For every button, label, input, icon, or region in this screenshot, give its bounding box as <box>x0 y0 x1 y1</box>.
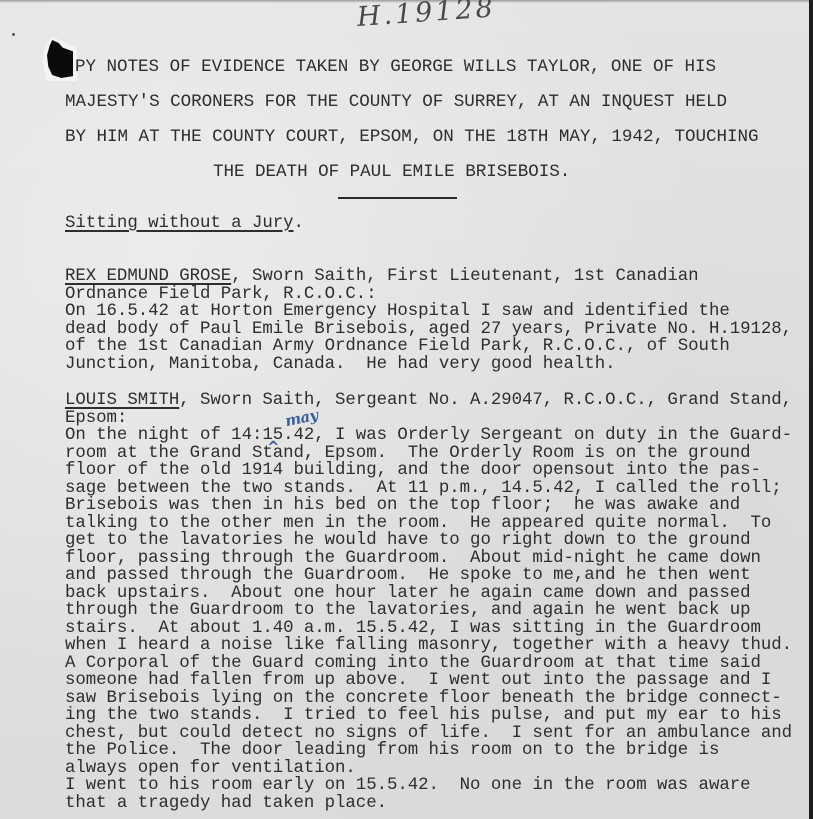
testimony-line: get to the lavatories he would have to g… <box>65 532 750 550</box>
heading-separator-rule <box>338 197 457 199</box>
testimony-line: ing the two stands. I tried to feel his … <box>65 707 782 725</box>
testimony-line: that a tragedy had taken place. <box>65 795 387 813</box>
testimony-line: Junction, Manitoba, Canada. He had very … <box>65 356 615 374</box>
testimony-line: through the Guardroom to the lavatories,… <box>65 602 750 620</box>
testimony-line: floor of the old 1914 building, and the … <box>65 462 761 480</box>
testimony-line: the Police. The door leading from his ro… <box>65 742 719 760</box>
testimony-line: Brisebois was then in his bed on the top… <box>65 497 740 515</box>
witness-intro-rest: , Sworn Saith, Sergeant No. A.29047, R.C… <box>179 391 792 410</box>
sitting-note: Sitting without a Jury. <box>65 215 304 233</box>
witness-intro-line-1: REX EDMUND GROSE, Sworn Saith, First Lie… <box>65 268 699 286</box>
sitting-note-period: . <box>294 214 304 233</box>
testimony-line: of the 1st Canadian Army Ordnance Field … <box>65 338 730 356</box>
heading-line-2: MAJESTY'S CORONERS FOR THE COUNTY OF SUR… <box>65 93 727 111</box>
witness-intro-rest: , Sworn Saith, First Lieutenant, 1st Can… <box>231 267 698 286</box>
witness-name: REX EDMUND GROSE <box>65 267 231 286</box>
testimony-line: On 16.5.42 at Horton Emergency Hospital … <box>65 303 730 321</box>
testimony-line: On the night of 14:15.42, I was Orderly … <box>65 427 792 445</box>
witness-name: LOUIS SMITH <box>65 391 179 410</box>
testimony-line: when I heard a noise like falling masonr… <box>65 637 792 655</box>
testimony-line: someone had fallen from up above. I went… <box>65 672 771 690</box>
testimony-line: I went to his room early on 15.5.42. No … <box>65 777 750 795</box>
heading-line-3: BY HIM AT THE COUNTY COURT, EPSOM, ON TH… <box>65 128 759 146</box>
paper-speck <box>12 33 15 36</box>
witness-intro-line-1: LOUIS SMITH, Sworn Saith, Sergeant No. A… <box>65 392 792 410</box>
testimony-line: and passed through the Guardroom. He spo… <box>65 567 750 585</box>
heading-line-4: THE DEATH OF PAUL EMILE BRISEBOIS. <box>213 163 570 181</box>
page-right-edge <box>809 0 813 819</box>
sitting-note-text: Sitting without a Jury <box>65 214 294 233</box>
heading-line-1: PY NOTES OF EVIDENCE TAKEN BY GEORGE WIL… <box>75 58 716 76</box>
